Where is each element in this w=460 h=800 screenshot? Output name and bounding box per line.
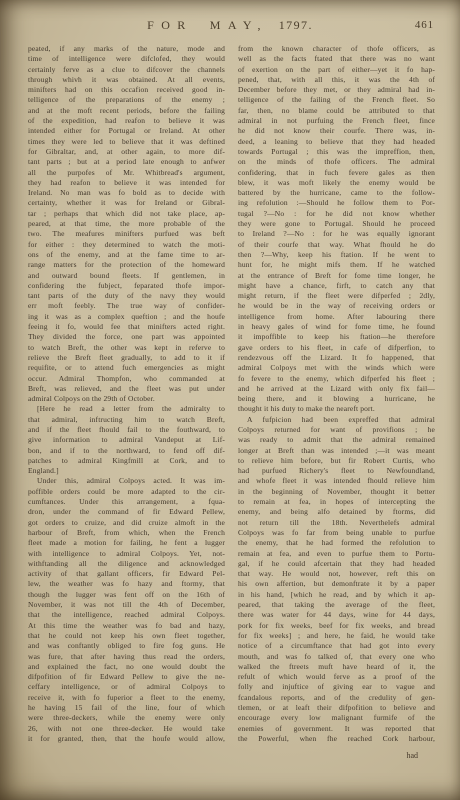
text-line: he having 15 fail of the line, four of w… — [28, 703, 225, 713]
text-line: two. The meafures minifters purfued was … — [28, 229, 225, 239]
text-line: refult of which would ferve as a proof o… — [238, 672, 435, 682]
text-line: through whivh it was obtained. At all ev… — [28, 75, 225, 85]
text-line: and explained the fact, no one would dou… — [28, 662, 225, 672]
text-line: and if the fleet fhould fail to the fout… — [28, 425, 225, 435]
text-line: got orders to cruize, and did cruize alm… — [28, 518, 225, 528]
text-line: tant parts ; but at a period late enough… — [28, 157, 225, 167]
text-line: certainly ferve as a clue to difcover th… — [28, 65, 225, 75]
text-line: confidering the fubject, feparated thofe… — [28, 281, 225, 291]
text-line: from the known character of thofe office… — [238, 44, 435, 54]
text-line: gave orders to his fleet, in cafe of dif… — [238, 343, 435, 353]
text-line: they were gone to Portugal. Should he pr… — [238, 219, 435, 229]
text-line: Ireland. No man was fo bold as to decide… — [28, 188, 225, 198]
text-line: were three-deckers, while the enemy were… — [28, 713, 225, 723]
text-line: relieve the Breft fleet gradually, to ad… — [28, 353, 225, 363]
header-title: FOR MAY,1797. — [0, 18, 460, 33]
text-line: harbour of Breft, from which, when the F… — [28, 528, 225, 538]
text-line: in the beginning of November, thought it… — [238, 487, 435, 497]
text-line: lew, the weather was fo hazy and ftormy,… — [28, 579, 225, 589]
page-number: 461 — [415, 19, 434, 31]
text-line: being there, and it blowing a hurricane,… — [238, 394, 435, 404]
text-line: far, then, no blame could be attributed … — [238, 106, 435, 116]
text-line: for fix weeks] ; and here, he faid, he w… — [238, 631, 435, 641]
catchword: had — [406, 751, 418, 760]
text-line: rendezvous off the Lizard. It fo happene… — [238, 353, 435, 363]
text-line: ons of the enemy, and at the fame time t… — [28, 250, 225, 260]
text-line: his own affertion, but demonftrate it by… — [238, 579, 435, 589]
text-line: that the intelligence, reached admiral C… — [28, 610, 225, 620]
text-line: to relieve him before, but fir Robert Cu… — [238, 456, 435, 466]
text-line: err moft feebly. The true way of confide… — [28, 301, 225, 311]
text-line: tant parts of the duty of the navy they … — [28, 291, 225, 301]
text-line: of the expedition, had reafon to believe… — [28, 116, 225, 126]
text-line: and was conftantly obliged to fire fog g… — [28, 641, 225, 651]
text-line: ing it was as a complex queftion ; and t… — [28, 312, 225, 322]
text-line: peared, at that time, the more probable … — [28, 219, 225, 229]
text-line: admiral Colpoys met with the winds which… — [238, 363, 435, 373]
text-line: intelligence from home. After labouring … — [238, 312, 435, 322]
text-line: might have a chance, firft, to catch any… — [238, 281, 435, 291]
text-line: [Here he read a letter from the admiralt… — [28, 404, 225, 414]
text-line: might return, if the fleet were difperfe… — [238, 291, 435, 301]
text-line: range matters for the protection of the … — [28, 260, 225, 270]
text-line: that he could not keep his own fleet tog… — [28, 631, 225, 641]
text-line: there was water for 44 days, wine for 44… — [238, 610, 435, 620]
text-line: enemy, and being alfo detained by ftorms… — [238, 507, 435, 517]
text-line: on the minds of thofe officers. The admi… — [238, 157, 435, 167]
text-line: confidering, that in fuch fevere gales a… — [238, 168, 435, 178]
text-line: mouth, and was fo talked of, that every … — [238, 652, 435, 662]
text-line: deed, a leaning to believe that they had… — [238, 137, 435, 147]
text-line: difpofition of fir Edward Pellew to give… — [28, 672, 225, 682]
text-line: then ?—Why, keep his ftation. If he went… — [238, 250, 435, 260]
text-line: tlemen, or at leaft their difpofition to… — [238, 703, 435, 713]
text-line: towards Portugal ; this was the impreffi… — [238, 147, 435, 157]
text-line: At this time the weather was fo bad and … — [28, 621, 225, 631]
text-line: of their courfe that way. What fhould he… — [238, 240, 435, 250]
text-line: the enemy, that he had formed the refolu… — [238, 538, 435, 548]
text-line: enemies of government. It was reported t… — [238, 724, 435, 734]
text-line: he did not know their courfe. There was,… — [238, 126, 435, 136]
text-line: and at the moft recent periods, before t… — [28, 106, 225, 116]
running-header: FOR MAY,1797. 461 — [0, 18, 460, 36]
text-line: cumftances. Under this arrangement, a fq… — [28, 497, 225, 507]
text-line: remain at fea, and even to purfue them t… — [238, 549, 435, 559]
text-line: telligence of the failing of the French … — [238, 95, 435, 105]
text-line: blew, it was moft likely the enemy would… — [238, 178, 435, 188]
text-line: certainty, whether it was for Ireland or… — [28, 198, 225, 208]
text-line: the Powerful, when fhe reached Cork harb… — [238, 734, 435, 744]
text-line: and outward bound fleets. If gentlemen, … — [28, 271, 225, 281]
text-line: walked the ftreets muft have heard of it… — [238, 662, 435, 672]
text-line: pork for fix weeks, beef for fix weeks, … — [238, 621, 435, 631]
text-line: to Ireland ?—No : for he was equally ign… — [238, 229, 435, 239]
text-line: longer at Breft than was intended ;—it w… — [238, 446, 435, 456]
text-line: intended either for Portugal or Ireland.… — [28, 126, 225, 136]
text-line: They divided the force, one part was app… — [28, 332, 225, 342]
text-column-left: peated, if any marks of the nature, mode… — [28, 44, 225, 744]
text-line: time of intelligence were difclofed, the… — [28, 54, 225, 64]
text-column-right: from the known character of thofe office… — [238, 44, 435, 744]
text-line: activity of that gallant officers, fir E… — [28, 569, 225, 579]
text-line: hunt for, he might mifs them. If he watc… — [238, 260, 435, 270]
text-line: Breft, was relieved, and the fleet was p… — [28, 384, 225, 394]
text-line: they had reafon to believe it was intend… — [28, 178, 225, 188]
text-line: receive it, with fo fuperior a fleet to … — [28, 693, 225, 703]
text-line: admiral Colpoys on the 29th of October. — [28, 394, 225, 404]
text-line: A fufpicion had been expreffed that admi… — [238, 415, 435, 425]
text-line: poffible orders could be more adapted to… — [28, 487, 225, 497]
text-line: in heavy gales of wind for fome time, he… — [238, 322, 435, 332]
text-line: for either : they determined to watch th… — [28, 240, 225, 250]
text-line: 26, with not one three-decker. He would … — [28, 724, 225, 734]
header-title-text: FOR MAY, — [147, 18, 268, 32]
text-line: pened, that, with all this, it was the 4… — [238, 75, 435, 85]
text-line: to watch Breft, the other was kept in re… — [28, 343, 225, 353]
text-line: all the purpofes of Mr. Whitbread's argu… — [28, 168, 225, 178]
text-line: it for granted, then, that the houfe wou… — [28, 734, 225, 744]
text-line: requifite, or to attend fuch emergencies… — [28, 363, 225, 373]
text-line: Colpoys returned for want of provifions … — [238, 425, 435, 435]
text-line: ceffary intelligence, or of admiral Colp… — [28, 682, 225, 692]
text-line: and he arrived at the Lizard with only f… — [238, 384, 435, 394]
text-line: admiral in not purfuing the French fleet… — [238, 116, 435, 126]
text-line: for Gibraltar, and, at other again, to m… — [28, 147, 225, 157]
text-line: peared, that taking the average of the f… — [238, 600, 435, 610]
text-line: November, it was not till the 4th of Dec… — [28, 600, 225, 610]
text-line: bon, and if to the northward, to fend of… — [28, 446, 225, 456]
text-line: encourage every low malignant furmife of… — [238, 713, 435, 723]
text-line: was ready to admit that the admiral rema… — [238, 435, 435, 445]
text-line: December before they met, or they admira… — [238, 85, 435, 95]
text-line: notice of a circumftance that had got in… — [238, 641, 435, 651]
text-line: that admiral, inftructing him to watch B… — [28, 415, 225, 425]
text-line: of exertion on the part of either—yet it… — [238, 65, 435, 75]
text-line: had purfued Richery's fleet to Newfoundl… — [238, 466, 435, 476]
text-line: gal, if he could afcertain that they had… — [238, 559, 435, 569]
text-line: peated, if any marks of the nature, mode… — [28, 44, 225, 54]
text-line: telligence of the preparations of the en… — [28, 95, 225, 105]
text-line: battered by the hurricane, came to the f… — [238, 188, 435, 198]
text-line: England.] — [28, 466, 225, 476]
text-line: feeing it fo, would fee that minifters a… — [28, 322, 225, 332]
text-line: dron, under the command of fir Edward Pe… — [28, 507, 225, 517]
text-line: though the lugger was fent off on the 16… — [28, 590, 225, 600]
text-line: and whofe fleet it was intended fhould r… — [238, 476, 435, 486]
text-line: occur. Admiral Thompfon, who commanded a… — [28, 374, 225, 384]
text-line: patches to admiral Kingfmill at Cork, an… — [28, 456, 225, 466]
text-line: not return till the 18th. Neverthelefs a… — [238, 518, 435, 528]
text-line: fleet made a motion for failing, he fent… — [28, 538, 225, 548]
text-line: to remain at fea, in hopes of intercepti… — [238, 497, 435, 507]
text-line: that way. He would not, however, reft th… — [238, 569, 435, 579]
text-line: give information to admiral Vandeput at … — [28, 435, 225, 445]
text-line: in his hand, [which he read, and by whic… — [238, 590, 435, 600]
scanned-book-page: FOR MAY,1797. 461 peated, if any marks o… — [0, 0, 460, 800]
text-line: ing refolution :—Should he follow them t… — [238, 198, 435, 208]
text-line: times they were led to believe that it w… — [28, 137, 225, 147]
text-line: thought it his duty to make the neareft … — [238, 404, 435, 414]
text-line: fo fevere to the enemy, which difperfed … — [238, 374, 435, 384]
header-title-year: 1797. — [279, 18, 313, 32]
text-line: well as the facts ftated that there was … — [238, 54, 435, 64]
text-line: folly and injuftice of giving ear to vag… — [238, 682, 435, 692]
text-line: tar ; perhaps that which did not take pl… — [28, 209, 225, 219]
text-line: he would be in the way of receiving orde… — [238, 301, 435, 311]
text-line: minifters had on this occafion received … — [28, 85, 225, 95]
text-line: Under this, admiral Colpoys acted. It wa… — [28, 476, 225, 486]
text-columns: peated, if any marks of the nature, mode… — [28, 44, 435, 744]
text-line: at the entrance of Breft for fome time l… — [238, 271, 435, 281]
text-line: withftanding all the diligence and ackno… — [28, 559, 225, 569]
text-line: it impoffible to keep his ftation—he the… — [238, 332, 435, 342]
text-line: Colpoys was fo far from being unable to … — [238, 528, 435, 538]
text-line: was fure, that after having thus read th… — [28, 652, 225, 662]
text-line: tugal ?—No : for he did not know whether — [238, 209, 435, 219]
text-line: fcandalous reports, and of the credulity… — [238, 693, 435, 703]
text-line: with intelligence to admiral Colpoys. Ye… — [28, 549, 225, 559]
